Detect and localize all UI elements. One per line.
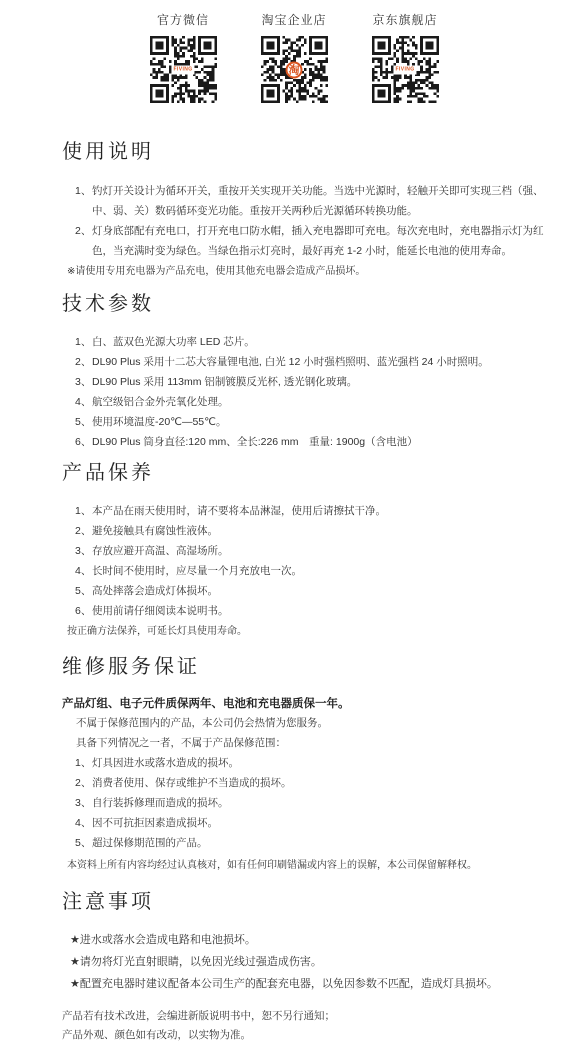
list-item: 4、航空级铝合金外壳氧化处理。 <box>62 392 552 412</box>
list-item: 3、存放应避开高温、高湿场所。 <box>62 541 552 561</box>
list-item: 2、消费者使用、保存或维护不当造成的损坏。 <box>62 773 552 793</box>
caution-line: ★配置充电器时建议配备本公司生产的配套充电器，以免因参数不匹配，造成灯具损坏。 <box>62 976 552 992</box>
section-title: 维修服务保证 <box>62 654 552 680</box>
section-care: 产品保养1、本产品在雨天使用时，请不要将本品淋湿，使用后请擦拭干净。2、避免接触… <box>62 460 552 639</box>
item-text: 钓灯开关设计为循环开关，重按开关实现开关功能。当选中光源时，轻触开关即可实现三档… <box>92 181 552 221</box>
list-item: 2、DL90 Plus 采用十二芯大容量锂电池, 白光 12 小时强档照明、蓝光… <box>62 352 552 372</box>
list-item: 3、DL90 Plus 采用 113mm 铝制镀膜反光杯, 透光钢化玻璃。 <box>62 372 552 392</box>
item-number: 3、 <box>62 541 92 561</box>
item-number: 1、 <box>62 753 92 773</box>
item-number: 1、 <box>62 501 92 521</box>
list-item: 3、自行装拆修理而造成的损坏。 <box>62 793 552 813</box>
list-item: 4、长时间不使用时，应尽量一个月充放电一次。 <box>62 561 552 581</box>
list-item: 5、超过保修期范围的产品。 <box>62 833 552 853</box>
footer-notes: 产品若有技术改进，会编进新版说明书中，恕不另行通知；产品外观、颜色如有改动，以实… <box>62 1007 552 1045</box>
item-text: 避免接触具有腐蚀性液体。 <box>92 521 552 541</box>
list-item: 1、白、蓝双色光源大功率 LED 芯片。 <box>62 332 552 352</box>
numbered-list: 1、本产品在雨天使用时，请不要将本品淋湿，使用后请擦拭干净。2、避免接触具有腐蚀… <box>62 501 552 621</box>
item-number: 2、 <box>62 221 92 261</box>
manual-content: 使用说明1、钓灯开关设计为循环开关，重按开关实现开关功能。当选中光源时，轻触开关… <box>0 139 588 1045</box>
item-text: 灯身底部配有充电口，打开充电口防水帽，插入充电器即可充电。每次充电时，充电器指示… <box>92 221 552 261</box>
list-item: 2、避免接触具有腐蚀性液体。 <box>62 521 552 541</box>
list-item: 2、灯身底部配有充电口，打开充电口防水帽，插入充电器即可充电。每次充电时，充电器… <box>62 221 552 261</box>
list-item: 1、本产品在雨天使用时，请不要将本品淋湿，使用后请擦拭干净。 <box>62 501 552 521</box>
qr-store-3: 京东旗舰店FIVING <box>372 11 439 103</box>
item-text: 存放应避开高温、高湿场所。 <box>92 541 552 561</box>
item-number: 6、 <box>62 601 92 621</box>
jd-store-qr: FIVING <box>372 36 439 103</box>
qr-section: 官方微信FIVING淘宝企业店淘京东旗舰店FIVING <box>0 0 588 103</box>
item-number: 4、 <box>62 813 92 833</box>
item-number: 5、 <box>62 833 92 853</box>
item-number: 5、 <box>62 581 92 601</box>
item-number: 2、 <box>62 521 92 541</box>
item-number: 2、 <box>62 773 92 793</box>
section-usage: 使用说明1、钓灯开关设计为循环开关，重按开关实现开关功能。当选中光源时，轻触开关… <box>62 139 552 279</box>
item-text: 因不可抗拒因素造成损坏。 <box>92 813 552 833</box>
manual-page: 官方微信FIVING淘宝企业店淘京东旗舰店FIVING 使用说明1、钓灯开关设计… <box>0 0 588 1058</box>
brand-logo-icon: FIVING <box>393 65 416 74</box>
caution-line: ★进水或落水会造成电路和电池损坏。 <box>62 932 552 948</box>
item-text: 白、蓝双色光源大功率 LED 芯片。 <box>92 332 552 352</box>
item-text: 使用环境温度-20℃—55℃。 <box>92 412 552 432</box>
item-number: 4、 <box>62 392 92 412</box>
item-text: 本产品在雨天使用时，请不要将本品淋湿，使用后请擦拭干净。 <box>92 501 552 521</box>
item-number: 4、 <box>62 561 92 581</box>
section-note: 按正确方法保养，可延长灯具使用寿命。 <box>62 624 552 639</box>
list-item: 4、因不可抗拒因素造成损坏。 <box>62 813 552 833</box>
numbered-list: 1、白、蓝双色光源大功率 LED 芯片。2、DL90 Plus 采用十二芯大容量… <box>62 332 552 452</box>
item-number: 2、 <box>62 352 92 372</box>
section-warranty: 维修服务保证产品灯组、电子元件质保两年、电池和充电器质保一年。不属于保修范围内的… <box>62 654 552 873</box>
section-title: 注意事项 <box>62 889 552 915</box>
item-number: 1、 <box>62 332 92 352</box>
list-item: 6、使用前请仔细阅读本说明书。 <box>62 601 552 621</box>
item-number: 1、 <box>62 181 92 221</box>
item-number: 6、 <box>62 432 92 452</box>
wechat-store-qr: FIVING <box>150 36 217 103</box>
section-title: 技术参数 <box>62 291 552 317</box>
footer-note-line: 产品外观、颜色如有改动，以实物为准。 <box>62 1026 552 1045</box>
list-item: 5、使用环境温度-20℃—55℃。 <box>62 412 552 432</box>
qr-store-label: 淘宝企业店 <box>261 11 326 28</box>
item-text: 使用前请仔细阅读本说明书。 <box>92 601 552 621</box>
item-text: 超过保修期范围的产品。 <box>92 833 552 853</box>
list-item: 1、钓灯开关设计为循环开关，重按开关实现开关功能。当选中光源时，轻触开关即可实现… <box>62 181 552 221</box>
brand-logo-icon: FIVING <box>171 65 194 74</box>
qr-store-2: 淘宝企业店淘 <box>261 11 328 103</box>
taobao-store-qr: 淘 <box>261 36 328 103</box>
warranty-summary-line: 产品灯组、电子元件质保两年、电池和充电器质保一年。 <box>62 696 552 713</box>
item-text: DL90 Plus 采用十二芯大容量锂电池, 白光 12 小时强档照明、蓝光强档… <box>92 352 552 372</box>
footer-note-line: 产品若有技术改进，会编进新版说明书中，恕不另行通知； <box>62 1007 552 1026</box>
list-item: 6、DL90 Plus 筒身直径:120 mm、全长:226 mm 重量: 19… <box>62 432 552 452</box>
item-text: DL90 Plus 筒身直径:120 mm、全长:226 mm 重量: 1900… <box>92 432 552 452</box>
item-text: 高处摔落会造成灯体损坏。 <box>92 581 552 601</box>
item-number: 3、 <box>62 793 92 813</box>
warranty-pre-line: 不属于保修范围内的产品，本公司仍会热情为您服务。 <box>62 713 552 733</box>
qr-store-1: 官方微信FIVING <box>150 11 217 103</box>
item-number: 3、 <box>62 372 92 392</box>
item-text: 长时间不使用时，应尽量一个月充放电一次。 <box>92 561 552 581</box>
item-text: DL90 Plus 采用 113mm 铝制镀膜反光杯, 透光钢化玻璃。 <box>92 372 552 392</box>
list-item: 5、高处摔落会造成灯体损坏。 <box>62 581 552 601</box>
item-number: 5、 <box>62 412 92 432</box>
taobao-logo-icon: 淘 <box>286 61 303 78</box>
qr-store-label: 京东旗舰店 <box>372 11 437 28</box>
section-cautions: 注意事项★进水或落水会造成电路和电池损坏。★请勿将灯光直射眼睛，以免因光线过强造… <box>62 889 552 1045</box>
section-specs: 技术参数1、白、蓝双色光源大功率 LED 芯片。2、DL90 Plus 采用十二… <box>62 291 552 452</box>
item-text: 航空级铝合金外壳氧化处理。 <box>92 392 552 412</box>
caution-line: ★请勿将灯光直射眼睛，以免因光线过强造成伤害。 <box>62 954 552 970</box>
qr-store-label: 官方微信 <box>157 11 209 28</box>
numbered-list: 1、灯具因进水或落水造成的损坏。2、消费者使用、保存或维护不当造成的损坏。3、自… <box>62 753 552 853</box>
item-text: 灯具因进水或落水造成的损坏。 <box>92 753 552 773</box>
section-title: 使用说明 <box>62 139 552 165</box>
section-note: ※请使用专用充电器为产品充电，使用其他充电器会造成产品损坏。 <box>62 264 552 279</box>
numbered-list: 1、钓灯开关设计为循环开关，重按开关实现开关功能。当选中光源时，轻触开关即可实现… <box>62 181 552 261</box>
list-item: 1、灯具因进水或落水造成的损坏。 <box>62 753 552 773</box>
section-note: 本资料上所有内容均经过认真核对，如有任何印刷错漏或内容上的误解，本公司保留解释权… <box>62 858 552 873</box>
item-text: 自行装拆修理而造成的损坏。 <box>92 793 552 813</box>
warranty-pre-line: 具备下列情况之一者，不属于产品保修范围： <box>62 733 552 753</box>
section-title: 产品保养 <box>62 460 552 486</box>
item-text: 消费者使用、保存或维护不当造成的损坏。 <box>92 773 552 793</box>
